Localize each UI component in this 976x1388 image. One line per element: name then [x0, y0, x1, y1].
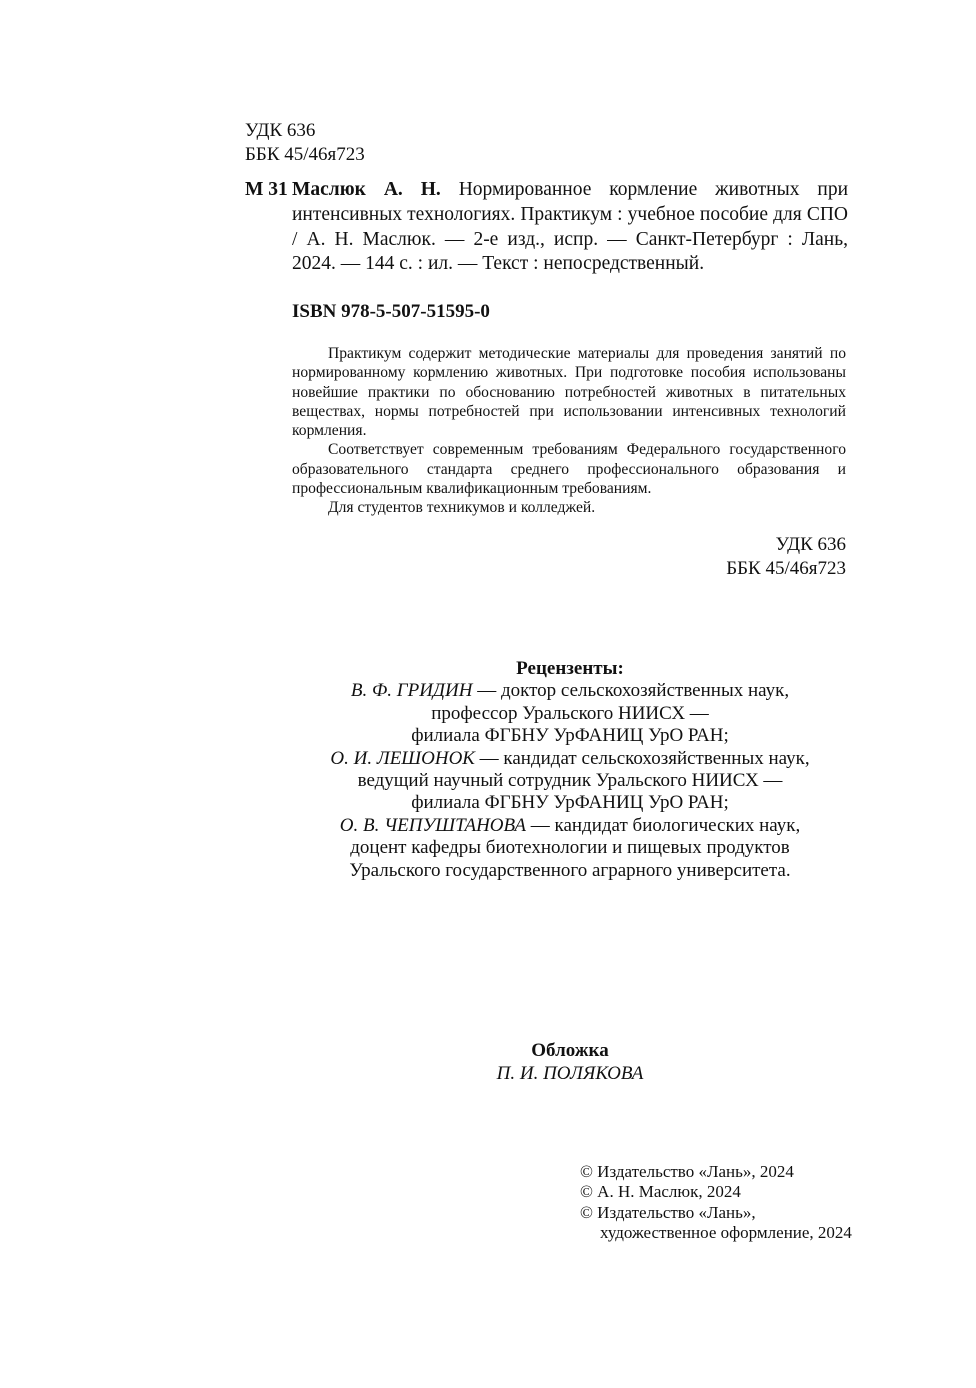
bibliographic-entry: М 31 Маслюк А. Н. Нормированное кормлени…	[245, 178, 848, 277]
reviewer-affiliation: Уральского государственного аграрного ун…	[300, 860, 840, 882]
reviewer-affiliation: филиала ФГБНУ УрФАНИЦ УрО РАН;	[300, 792, 840, 814]
annotation-paragraph: Практикум содержит методические материал…	[292, 344, 846, 440]
copyright-block: © Издательство «Лань», 2024 © А. Н. Масл…	[580, 1162, 852, 1243]
cover-heading: Обложка	[470, 1040, 670, 1063]
reviewer-title: — кандидат сельскохозяйственных наук,	[475, 748, 810, 769]
reviewer-name: О. И. ЛЕШОНОК	[330, 748, 475, 769]
copyright-line: © А. Н. Маслюк, 2024	[580, 1182, 852, 1202]
reviewer-affiliation: доцент кафедры биотехнологии и пищевых п…	[300, 837, 840, 859]
annotation-paragraph: Соответствует современным требованиям Фе…	[292, 440, 846, 498]
author-name: Маслюк А. Н.	[292, 179, 441, 200]
reviewer-name: В. Ф. ГРИДИН	[351, 680, 473, 701]
copyright-line-continuation: художественное оформление, 2024	[580, 1223, 852, 1243]
reviewer-title: — доктор сельскохозяйственных наук,	[472, 680, 789, 701]
reviewer-affiliation: ведущий научный сотрудник Уральского НИИ…	[300, 770, 840, 792]
author-sign-code: М 31	[245, 178, 288, 203]
copyright-line: © Издательство «Лань», 2024	[580, 1162, 852, 1182]
reviewer-affiliation: филиала ФГБНУ УрФАНИЦ УрО РАН;	[300, 725, 840, 747]
reviewer: О. И. ЛЕШОНОК — кандидат сельскохозяйств…	[300, 748, 840, 815]
reviewer-affiliation: профессор Уральского НИИСХ —	[300, 703, 840, 725]
classification-top: УДК 636 ББК 45/46я723	[245, 119, 365, 167]
bbk-code: ББК 45/46я723	[245, 143, 365, 167]
isbn: ISBN 978-5-507-51595-0	[292, 300, 490, 324]
reviewer: В. Ф. ГРИДИН — доктор сельскохозяйственн…	[300, 680, 840, 747]
cover-designer: П. И. ПОЛЯКОВА	[470, 1063, 670, 1086]
reviewers-heading: Рецензенты:	[300, 658, 840, 680]
copyright-line: © Издательство «Лань»,	[580, 1203, 852, 1223]
annotation: Практикум содержит методические материал…	[292, 344, 846, 518]
bbk-code: ББК 45/46я723	[726, 557, 846, 581]
classification-bottom: УДК 636 ББК 45/46я723	[726, 533, 846, 581]
reviewer: О. В. ЧЕПУШТАНОВА — кандидат биологическ…	[300, 815, 840, 882]
bibliographic-description: Маслюк А. Н. Нормированное кормление жив…	[292, 178, 848, 277]
reviewers: Рецензенты: В. Ф. ГРИДИН — доктор сельск…	[300, 658, 840, 882]
annotation-paragraph: Для студентов техникумов и колледжей.	[292, 498, 846, 517]
reviewer-title: — кандидат биологических наук,	[526, 815, 800, 836]
udk-code: УДК 636	[726, 533, 846, 557]
udk-code: УДК 636	[245, 119, 365, 143]
reviewer-name: О. В. ЧЕПУШТАНОВА	[340, 815, 526, 836]
cover-credit: Обложка П. И. ПОЛЯКОВА	[470, 1040, 670, 1085]
